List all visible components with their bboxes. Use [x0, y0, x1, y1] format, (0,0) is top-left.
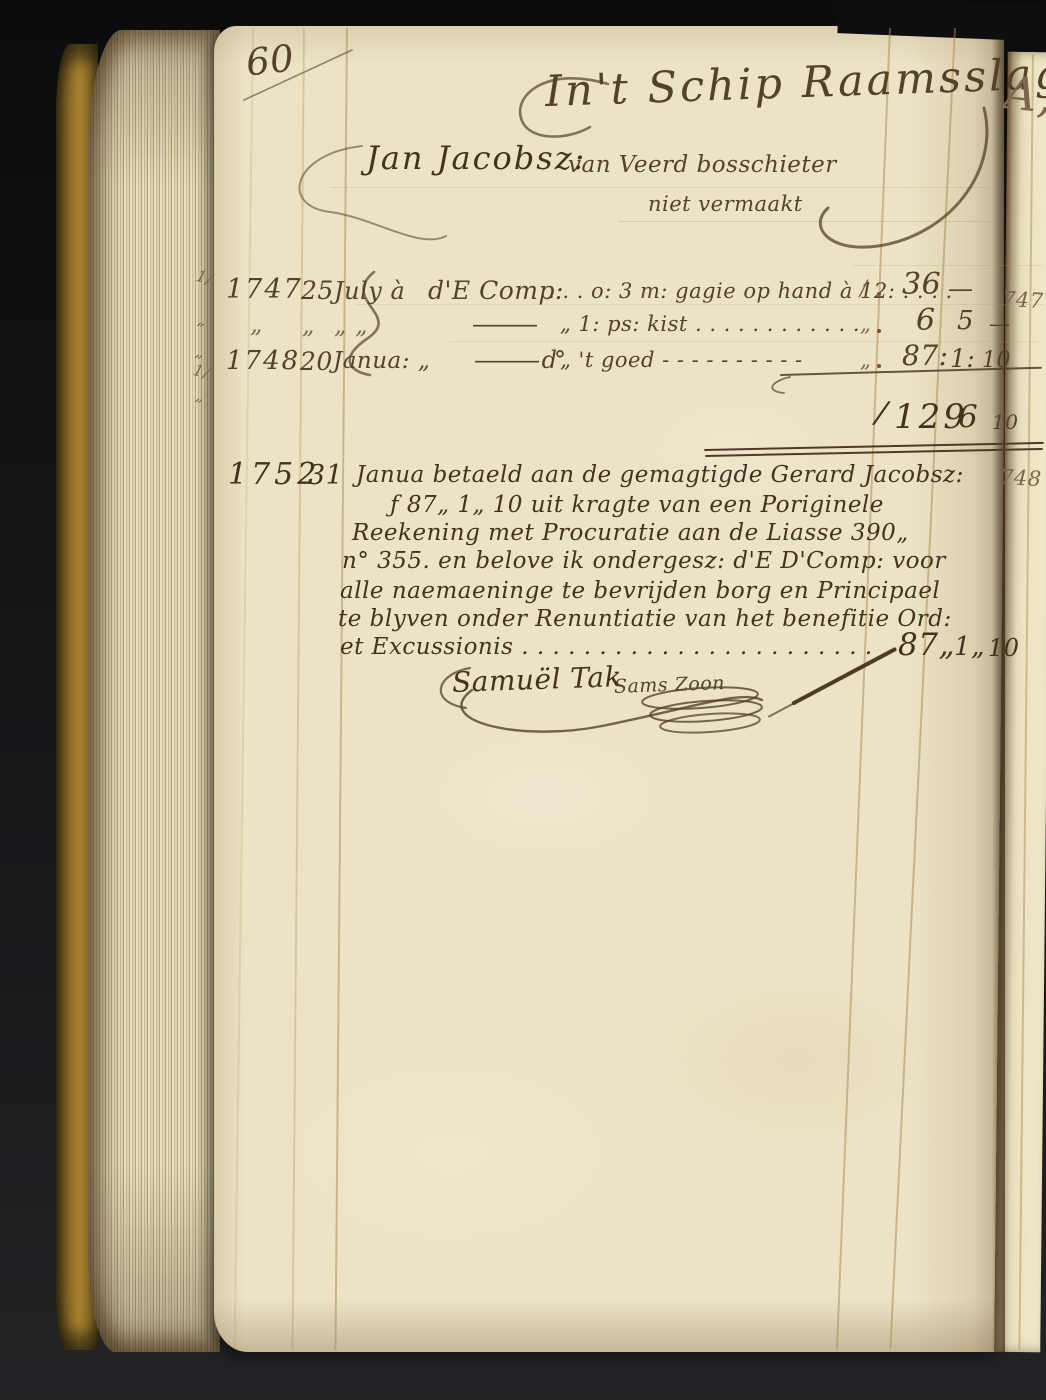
account-holder-name: Jan Jacobsz:	[366, 142, 586, 174]
entry-description: „ 1: ps: kist . . . . . . . . . . . .	[560, 314, 860, 335]
entry-party: d'E Comp:	[428, 278, 564, 303]
payment-text-line: Reekening met Procuratie aan de Liasse 3…	[352, 522, 909, 545]
entry-guilders: 6	[916, 306, 936, 336]
account-holder-description: van Veerd bosschieter	[568, 154, 837, 177]
entry-day: 20	[300, 349, 333, 374]
ruled-line	[330, 187, 990, 188]
total-penningen: 10	[992, 412, 1018, 432]
entry-stuivers: 1:	[950, 346, 975, 371]
entry-guilders: 87:	[902, 342, 949, 370]
posting-dot	[877, 329, 881, 333]
payment-text-line: Janua betaeld aan de gemagtigde Gerard J…	[356, 464, 964, 487]
payment-text-line: et Excussionis . . . . . . . . . . . . .…	[340, 636, 873, 659]
ruled-line	[618, 221, 992, 222]
page-fold-crease	[992, 26, 1005, 1352]
payment-text-line: alle naemaeninge te bevrijden borg en Pr…	[340, 580, 940, 603]
entry-penningen: —	[989, 314, 1011, 335]
posting-dot	[877, 364, 881, 368]
entry-mark: /	[860, 278, 868, 299]
ruled-line	[852, 265, 1042, 266]
entry-party: ——— d°	[474, 348, 563, 372]
entry-party: ———	[472, 312, 535, 336]
entry-month: Janua: „	[333, 350, 430, 373]
entry-month: July à	[334, 279, 405, 303]
facing-page-year-top: 747	[1001, 289, 1044, 312]
entry-guilders: 36	[902, 270, 941, 300]
amount-stuivers: 1„	[954, 634, 985, 660]
entry-mark: „	[860, 314, 871, 335]
signature-suffix: Sams Zoon	[614, 674, 726, 697]
entry-mark: „	[860, 350, 871, 371]
entry-year: „	[250, 312, 263, 336]
entry-year: 1747	[226, 276, 303, 303]
amount-guilders: 87„	[898, 630, 955, 661]
entry-month: „ „	[334, 313, 368, 337]
payment-day: 31	[308, 462, 343, 489]
entry-stuivers: —	[948, 276, 974, 301]
total-stuivers: 6	[958, 402, 978, 433]
facing-page-flourish: A„	[1002, 69, 1046, 121]
entry-day: 25	[301, 278, 334, 303]
entry-stuivers: 5	[957, 308, 974, 334]
payment-text-line: n° 355. en belove ik ondergesz: d'E D'Co…	[342, 550, 946, 573]
ruled-line	[450, 341, 1038, 342]
ledger-book-photo: 60 In't Schip Raamsslag Jan Jacobsz: van…	[0, 0, 1046, 1400]
payment-text-line: ƒ 87„ 1„ 10 uit kragte van een Poriginel…	[390, 494, 884, 517]
entry-description: „ 't goed - - - - - - - - - -	[560, 350, 803, 371]
total-guilders: 129	[894, 400, 968, 434]
entry-day: „	[302, 313, 315, 337]
page-stack-fore-edge	[88, 30, 220, 1352]
folio-number: 60	[244, 40, 296, 82]
payment-year: 1752	[228, 460, 320, 490]
posting-dot	[877, 292, 881, 296]
entry-year: 1748	[226, 348, 300, 374]
amount-penningen: 10	[988, 636, 1020, 660]
facing-page-year-bottom: 748	[999, 467, 1042, 490]
entry-description: . . . o: 3 m: gagie op hand à 12: . . . …	[548, 281, 953, 302]
payment-text-line: te blyven onder Renuntiatie van het bene…	[338, 608, 952, 631]
account-note: niet vermaakt	[648, 194, 803, 215]
signature-name: Samuël Tak	[452, 663, 623, 697]
